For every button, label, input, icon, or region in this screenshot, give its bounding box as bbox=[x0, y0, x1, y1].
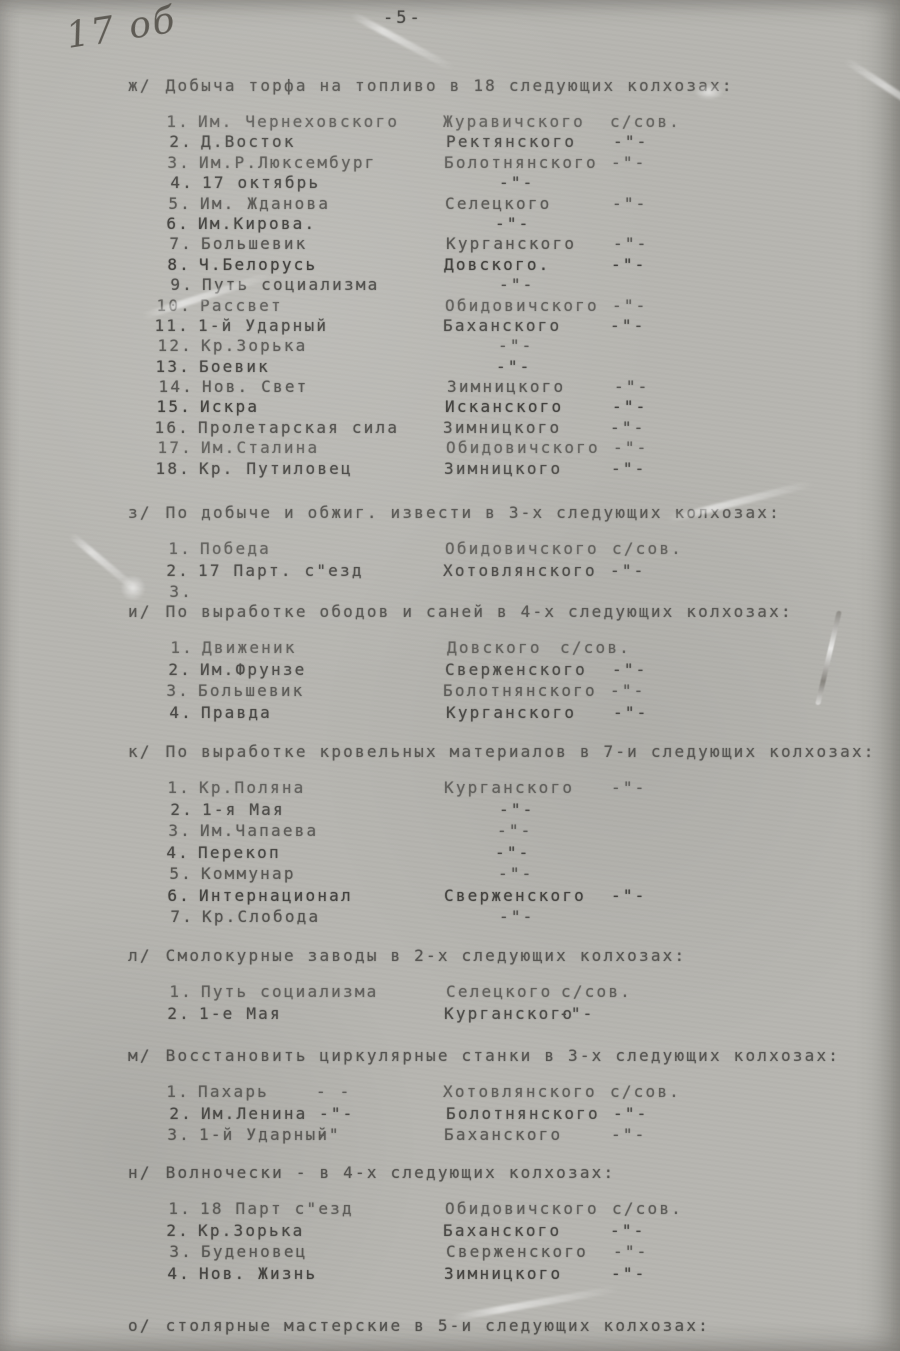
section-letter: о/ bbox=[128, 1316, 152, 1335]
section-header: о/столярные мастерские в 5-и следующих к… bbox=[0, 1316, 900, 1338]
ditto-mark: -"- bbox=[499, 800, 535, 819]
kolkhoz-name: 1-й Ударный bbox=[199, 1125, 329, 1144]
kolkhoz-name: Им. Чернеховского bbox=[198, 112, 399, 131]
selsoviet-name: Болотнянского bbox=[443, 681, 597, 700]
ditto-mark: -"- bbox=[495, 843, 531, 862]
kolkhoz-name: Пролетарская сила bbox=[198, 418, 399, 437]
selsoviet-suffix: с/сов. bbox=[560, 638, 631, 657]
list-row: 1.Пахарь- -Хотовлянскогос/сов. bbox=[0, 1082, 898, 1104]
section-title: Смолокурные заводы в 2-х следующих колхо… bbox=[166, 946, 687, 965]
selsoviet-name: Сверженского bbox=[446, 1242, 588, 1261]
section-title: столярные мастерские в 5-и следующих кол… bbox=[166, 1316, 710, 1335]
section-ж: ж/Добыча торфа на топливо в 18 следующих… bbox=[0, 76, 900, 479]
kolkhoz-name: Рассвет bbox=[200, 296, 283, 315]
item-number: 15. bbox=[138, 397, 192, 416]
ditto-mark: -" bbox=[317, 1125, 341, 1144]
item-number: 7. bbox=[140, 907, 194, 926]
item-number: 4. bbox=[137, 1264, 191, 1283]
ditto-mark: -"- bbox=[610, 418, 646, 437]
kolkhoz-name: Кр. Путиловец bbox=[199, 459, 353, 478]
list-row: 3.БольшевикБолотнянского-"- bbox=[0, 681, 898, 703]
selsoviet-name: Зимницкого bbox=[444, 459, 562, 478]
selsoviet-name: Болотнянского bbox=[444, 153, 598, 172]
selsoviet-suffix: с/сов. bbox=[612, 539, 683, 558]
item-number: 3. bbox=[137, 153, 191, 172]
ditto-mark: -"- bbox=[610, 316, 646, 335]
list-row: 7.БольшевикКурганского-"- bbox=[1, 234, 900, 254]
list-row: 8.Ч.БелорусьДовского.-"- bbox=[0, 255, 899, 275]
kolkhoz-name: 18 Парт с"езд bbox=[200, 1199, 354, 1218]
ditto-mark: -"- bbox=[610, 561, 646, 580]
list-row: 16.Пролетарская силаЗимницкого-"- bbox=[0, 418, 898, 438]
item-number: 1. bbox=[138, 1199, 192, 1218]
list-row: 4.17 октябрь-"- bbox=[2, 173, 900, 193]
item-number: 5. bbox=[138, 194, 192, 213]
list-row: 3. bbox=[1, 582, 900, 604]
item-number: 3. bbox=[139, 1242, 193, 1261]
kolkhoz-name: Интернационал bbox=[199, 886, 353, 905]
section-letter: л/ bbox=[128, 946, 152, 965]
item-number: 7. bbox=[139, 234, 193, 253]
kolkhoz-list: 1.Им. ЧернеховскогоЖуравичскогос/сов.2.Д… bbox=[0, 112, 900, 479]
item-number: 2. bbox=[136, 561, 190, 580]
item-number: 1. bbox=[139, 982, 193, 1001]
list-row: 18.Кр. ПутиловецЗимницкого-"- bbox=[0, 459, 899, 479]
item-number: 6. bbox=[137, 886, 191, 905]
kolkhoz-name: 1-я Мая bbox=[202, 800, 285, 819]
item-number: 8. bbox=[137, 255, 191, 274]
selsoviet-name: Селецкого bbox=[445, 194, 552, 213]
kolkhoz-list: 1.Путь социализмаСелецкогос/сов.2.1-е Ма… bbox=[0, 982, 900, 1025]
section-letter: ж/ bbox=[128, 76, 152, 95]
ditto-mark: -"- bbox=[610, 681, 646, 700]
ditto-mark: -"- bbox=[495, 214, 531, 233]
selsoviet-name: Баханского bbox=[443, 316, 561, 335]
item-number: 1. bbox=[136, 1082, 190, 1101]
ditto-mark: -"- bbox=[612, 397, 648, 416]
section-header: к/По выработке кровельных материалов в 7… bbox=[0, 742, 900, 764]
kolkhoz-name: Боевик bbox=[199, 357, 270, 376]
item-number: 11. bbox=[136, 316, 190, 335]
item-number: 4. bbox=[140, 173, 194, 192]
section-letter: и/ bbox=[128, 602, 152, 621]
ditto-mark: -"- bbox=[613, 438, 649, 457]
ditto-mark: -"- bbox=[613, 132, 649, 151]
kolkhoz-name: Буденовец bbox=[201, 1242, 308, 1261]
selsoviet-name: Курганского bbox=[444, 1004, 574, 1023]
selsoviet-name: Баханского bbox=[444, 1125, 562, 1144]
item-number: 2. bbox=[137, 1004, 191, 1023]
kolkhoz-list: 1.Пахарь- -Хотовлянскогос/сов.2.Им.Ленин… bbox=[0, 1082, 900, 1147]
item-number: 2. bbox=[139, 132, 193, 151]
section-title: По выработке ободов и саней в 4-х следую… bbox=[166, 602, 793, 621]
section-и: и/По выработке ободов и саней в 4-х след… bbox=[0, 602, 900, 724]
section-title: Волночески - в 4-х следующих колхозах: bbox=[166, 1163, 616, 1182]
list-row: 1.ДвиженикДовскогос/сов. bbox=[2, 638, 900, 660]
ditto-mark: -"- bbox=[496, 357, 532, 376]
list-row: 13.Боевик-"- bbox=[0, 357, 899, 377]
kolkhoz-name: Им.Чапаева bbox=[200, 821, 318, 840]
selsoviet-suffix: с/сов. bbox=[610, 1082, 681, 1101]
selsoviet-name: Обидовичского bbox=[445, 539, 599, 558]
list-row: 2.Кр.ЗорькаБаханского-"- bbox=[0, 1221, 898, 1243]
ditto-mark: -"- bbox=[614, 377, 650, 396]
list-row: 2.1-я Мая-"- bbox=[2, 800, 900, 822]
list-row: 3.Им.Р.ЛюксембургБолотнянского-"- bbox=[0, 153, 899, 173]
item-number: 4. bbox=[136, 843, 190, 862]
section-letter: н/ bbox=[128, 1163, 152, 1182]
list-row: 1.ПобедаОбидовичскогос/сов. bbox=[0, 539, 900, 561]
item-number: 4. bbox=[139, 703, 193, 722]
item-number: 13. bbox=[137, 357, 191, 376]
selsoviet-name: Сверженского bbox=[445, 660, 587, 679]
kolkhoz-name: Кр.Поляна bbox=[199, 778, 306, 797]
list-row: 4.Нов. ЖизньЗимницкого-"- bbox=[0, 1264, 899, 1286]
kolkhoz-list: 1.ДвиженикДовскогос/сов.2.Им.ФрунзеСверж… bbox=[0, 638, 900, 724]
item-number: 16. bbox=[136, 418, 190, 437]
section-л: л/Смолокурные заводы в 2-х следующих кол… bbox=[0, 946, 900, 1025]
selsoviet-name: Обидовичского bbox=[446, 438, 600, 457]
item-number: 5. bbox=[139, 864, 193, 883]
kolkhoz-name: Кр.Слобода bbox=[202, 907, 320, 926]
kolkhoz-name: Победа bbox=[200, 539, 271, 558]
section-letter: к/ bbox=[128, 742, 152, 761]
section-letter: з/ bbox=[128, 503, 152, 522]
list-row: 17.Им.СталинаОбидовичского-"- bbox=[1, 438, 900, 458]
kolkhoz-name: Большевик bbox=[201, 234, 308, 253]
kolkhoz-name: Коммунар bbox=[201, 864, 296, 883]
kolkhoz-name: Путь социализма bbox=[201, 982, 379, 1001]
kolkhoz-name: 1-е Мая bbox=[199, 1004, 282, 1023]
item-number: 1. bbox=[140, 638, 194, 657]
kolkhoz-name: Нов. Жизнь bbox=[199, 1264, 317, 1283]
item-number: 1. bbox=[138, 539, 192, 558]
kolkhoz-name: Им.Сталина bbox=[201, 438, 319, 457]
list-row: 2.Им.ФрунзеСверженского-"- bbox=[0, 660, 900, 682]
kolkhoz-name: Им. Жданова bbox=[200, 194, 330, 213]
kolkhoz-name: Им.Ленина bbox=[201, 1104, 308, 1123]
ditto-mark: -"- bbox=[499, 907, 535, 926]
selsoviet-name: Курганского bbox=[444, 778, 574, 797]
list-row: 7.Кр.Слобода-"- bbox=[2, 907, 900, 929]
section-з: з/По добыче и обжиг. извести в 3-х следу… bbox=[0, 503, 900, 604]
item-number: 17. bbox=[139, 438, 193, 457]
kolkhoz-name: Им.Р.Люксембург bbox=[199, 153, 377, 172]
ditto-mark: -"- bbox=[611, 1125, 647, 1144]
list-row: 4.Перекоп-"- bbox=[0, 843, 898, 865]
section-title: Восстановить циркулярные станки в 3-х сл… bbox=[166, 1046, 840, 1065]
ditto-mark: -"- bbox=[498, 864, 534, 883]
ditto-mark: -"- bbox=[610, 1221, 646, 1240]
list-row: 14.Нов. СветЗимницкого-"- bbox=[2, 377, 900, 397]
selsoviet-name: Баханского bbox=[443, 1221, 561, 1240]
list-row: 2.1-е МаяКурганского-"- bbox=[0, 1004, 899, 1026]
selsoviet-name: Обидовичского bbox=[445, 1199, 599, 1218]
section-header: н/Волночески - в 4-х следующих колхозах: bbox=[0, 1163, 900, 1185]
list-row: 3.БуденовецСверженского-"- bbox=[1, 1242, 900, 1264]
kolkhoz-list: 1.18 Парт с"ездОбидовичскогос/сов.2.Кр.З… bbox=[0, 1199, 900, 1285]
kolkhoz-name: Правда bbox=[201, 703, 272, 722]
kolkhoz-name: Путь социализма bbox=[202, 275, 380, 294]
list-row: 12.Кр.Зорька-"- bbox=[1, 336, 900, 356]
ditto-mark: -"- bbox=[319, 1104, 355, 1123]
selsoviet-suffix: с/сов. bbox=[612, 1199, 683, 1218]
list-row: 2.Им.Ленина-"-Болотнянского-"- bbox=[1, 1104, 900, 1126]
section-о: о/столярные мастерские в 5-и следующих к… bbox=[0, 1316, 900, 1351]
ditto-mark: -"- bbox=[613, 1242, 649, 1261]
ditto-mark: -"- bbox=[611, 1264, 647, 1283]
ditto-mark: -"- bbox=[613, 234, 649, 253]
list-row: 4.ПравдаКурганского-"- bbox=[1, 703, 900, 725]
section-header: л/Смолокурные заводы в 2-х следующих кол… bbox=[0, 946, 900, 968]
selsoviet-suffix: с/сов. bbox=[561, 982, 632, 1001]
ditto-mark: -"- bbox=[611, 255, 647, 274]
section-title: По выработке кровельных материалов в 7-и… bbox=[166, 742, 876, 761]
section-м: м/Восстановить циркулярные станки в 3-х … bbox=[0, 1046, 900, 1147]
kolkhoz-list: 1.Кр.ПолянаКурганского-"-2.1-я Мая-"-3.И… bbox=[0, 778, 900, 929]
kolkhoz-name: Кр.Зорька bbox=[201, 336, 308, 355]
kolkhoz-name: Д.Восток bbox=[201, 132, 296, 151]
item-number: 2. bbox=[136, 1221, 190, 1240]
selsoviet-suffix: с/сов. bbox=[610, 112, 681, 131]
kolkhoz-name: Им.Фрунзе bbox=[200, 660, 307, 679]
selsoviet-name: Довского bbox=[447, 638, 542, 657]
selsoviet-name: Зимницкого bbox=[447, 377, 565, 396]
kolkhoz-list: 1.ПобедаОбидовичскогос/сов.2.17 Парт. с"… bbox=[0, 539, 900, 604]
ditto-mark: -"- bbox=[611, 459, 647, 478]
ditto-mark: -"- bbox=[611, 886, 647, 905]
scanned-document-page: 17 об -5- ж/Добыча торфа на топливо в 18… bbox=[0, 0, 900, 1351]
list-row: 3.1-й Ударный-"Баханского-"- bbox=[0, 1125, 899, 1147]
kolkhoz-name: Искра bbox=[200, 397, 259, 416]
selsoviet-name: Исканского bbox=[445, 397, 563, 416]
item-number: 10. bbox=[138, 296, 192, 315]
item-number: 1. bbox=[136, 112, 190, 131]
section-header: з/По добыче и обжиг. извести в 3-х следу… bbox=[0, 503, 900, 525]
item-number: 2. bbox=[138, 660, 192, 679]
list-row: 1.Путь социализмаСелецкогос/сов. bbox=[1, 982, 900, 1004]
selsoviet-name: Зимницкого bbox=[444, 1264, 562, 1283]
kolkhoz-name: Ч.Белорусь bbox=[199, 255, 317, 274]
ditto-mark: -"- bbox=[497, 821, 533, 840]
kolkhoz-name: Кр.Зорька bbox=[198, 1221, 305, 1240]
ditto-mark: -"- bbox=[613, 703, 649, 722]
selsoviet-name: Хотовлянского bbox=[443, 561, 597, 580]
selsoviet-name: Обидовичского bbox=[445, 296, 599, 315]
list-row: 5.Им. ЖдановаСелецкого-"- bbox=[0, 194, 900, 214]
kolkhoz-name: Большевик bbox=[198, 681, 305, 700]
list-row: 5.Коммунар-"- bbox=[1, 864, 900, 886]
item-number: 3. bbox=[137, 1125, 191, 1144]
list-row: 11.1-й УдарныйБаханского-"- bbox=[0, 316, 898, 336]
ditto-mark: -"- bbox=[612, 194, 648, 213]
selsoviet-name: Журавичского bbox=[443, 112, 585, 131]
section-title: По добыче и обжиг. извести в 3-х следующ… bbox=[166, 503, 781, 522]
ditto-mark: -"- bbox=[613, 1104, 649, 1123]
ditto-mark: -"- bbox=[611, 153, 647, 172]
ditto-mark: -"- bbox=[611, 778, 647, 797]
item-number: 3. bbox=[138, 821, 192, 840]
selsoviet-name: Сверженского bbox=[444, 886, 586, 905]
selsoviet-name: Довского. bbox=[444, 255, 551, 274]
selsoviet-name: Зимницкого bbox=[443, 418, 561, 437]
list-row: 2.Д.ВостокРектянского-"- bbox=[1, 132, 900, 152]
selsoviet-name: Ректянского bbox=[446, 132, 576, 151]
kolkhoz-name: 17 Парт. с"езд bbox=[198, 561, 364, 580]
page-number: -5- bbox=[383, 8, 423, 28]
item-number: 3. bbox=[136, 681, 190, 700]
item-number: 2. bbox=[140, 800, 194, 819]
selsoviet-name: Селецкого bbox=[446, 982, 553, 1001]
selsoviet-name: Курганского bbox=[446, 234, 576, 253]
section-header: и/По выработке ободов и саней в 4-х след… bbox=[0, 602, 900, 624]
item-number: 1. bbox=[137, 778, 191, 797]
kolkhoz-name: Нов. Свет bbox=[202, 377, 309, 396]
section-header: ж/Добыча торфа на топливо в 18 следующих… bbox=[0, 76, 900, 98]
item-number: 2. bbox=[139, 1104, 193, 1123]
item-number: 12. bbox=[139, 336, 193, 355]
kolkhoz-name: Перекоп bbox=[198, 843, 281, 862]
kolkhoz-name: Движеник bbox=[202, 638, 297, 657]
ditto-mark: -"- bbox=[499, 275, 535, 294]
section-к: к/По выработке кровельных материалов в 7… bbox=[0, 742, 900, 929]
section-title: Добыча торфа на топливо в 18 следующих к… bbox=[166, 76, 734, 95]
ditto-mark: -"- bbox=[559, 1004, 595, 1023]
list-row: 10.РассветОбидовичского-"- bbox=[0, 296, 900, 316]
list-row: 6.Им.Кирова.-"- bbox=[0, 214, 898, 234]
kolkhoz-name: 17 октябрь bbox=[202, 173, 320, 192]
list-row: 1.Им. ЧернеховскогоЖуравичскогос/сов. bbox=[0, 112, 898, 132]
list-row: 1.Кр.ПолянаКурганского-"- bbox=[0, 778, 899, 800]
selsoviet-name: Курганского bbox=[446, 703, 576, 722]
list-row: 2.17 Парт. с"ездХотовлянского-"- bbox=[0, 561, 898, 583]
ditto-mark: - - bbox=[316, 1082, 352, 1101]
item-number: 14. bbox=[140, 377, 194, 396]
ditto-mark: -"- bbox=[612, 660, 648, 679]
item-number: 18. bbox=[137, 459, 191, 478]
section-н: н/Волночески - в 4-х следующих колхозах:… bbox=[0, 1163, 900, 1285]
section-letter: м/ bbox=[128, 1046, 152, 1065]
item-number: 6. bbox=[136, 214, 190, 233]
ditto-mark: -"- bbox=[498, 336, 534, 355]
kolkhoz-name: 1-й Ударный bbox=[198, 316, 328, 335]
kolkhoz-name: Им.Кирова. bbox=[198, 214, 316, 233]
item-number: 3. bbox=[139, 582, 193, 601]
list-row: 15.ИскраИсканского-"- bbox=[0, 397, 900, 417]
kolkhoz-name: Пахарь bbox=[198, 1082, 269, 1101]
handwritten-note: 17 об bbox=[63, 0, 179, 57]
list-row: 9.Путь социализма-"- bbox=[2, 275, 900, 295]
list-row: 1.18 Парт с"ездОбидовичскогос/сов. bbox=[0, 1199, 900, 1221]
item-number: 9. bbox=[140, 275, 194, 294]
list-row: 6.ИнтернационалСверженского-"- bbox=[0, 886, 899, 908]
ditto-mark: -"- bbox=[499, 173, 535, 192]
section-header: м/Восстановить циркулярные станки в 3-х … bbox=[0, 1046, 900, 1068]
selsoviet-name: Хотовлянского bbox=[443, 1082, 597, 1101]
ditto-mark: -"- bbox=[612, 296, 648, 315]
list-row: 3.Им.Чапаева-"- bbox=[0, 821, 900, 843]
selsoviet-name: Болотнянского bbox=[446, 1104, 600, 1123]
